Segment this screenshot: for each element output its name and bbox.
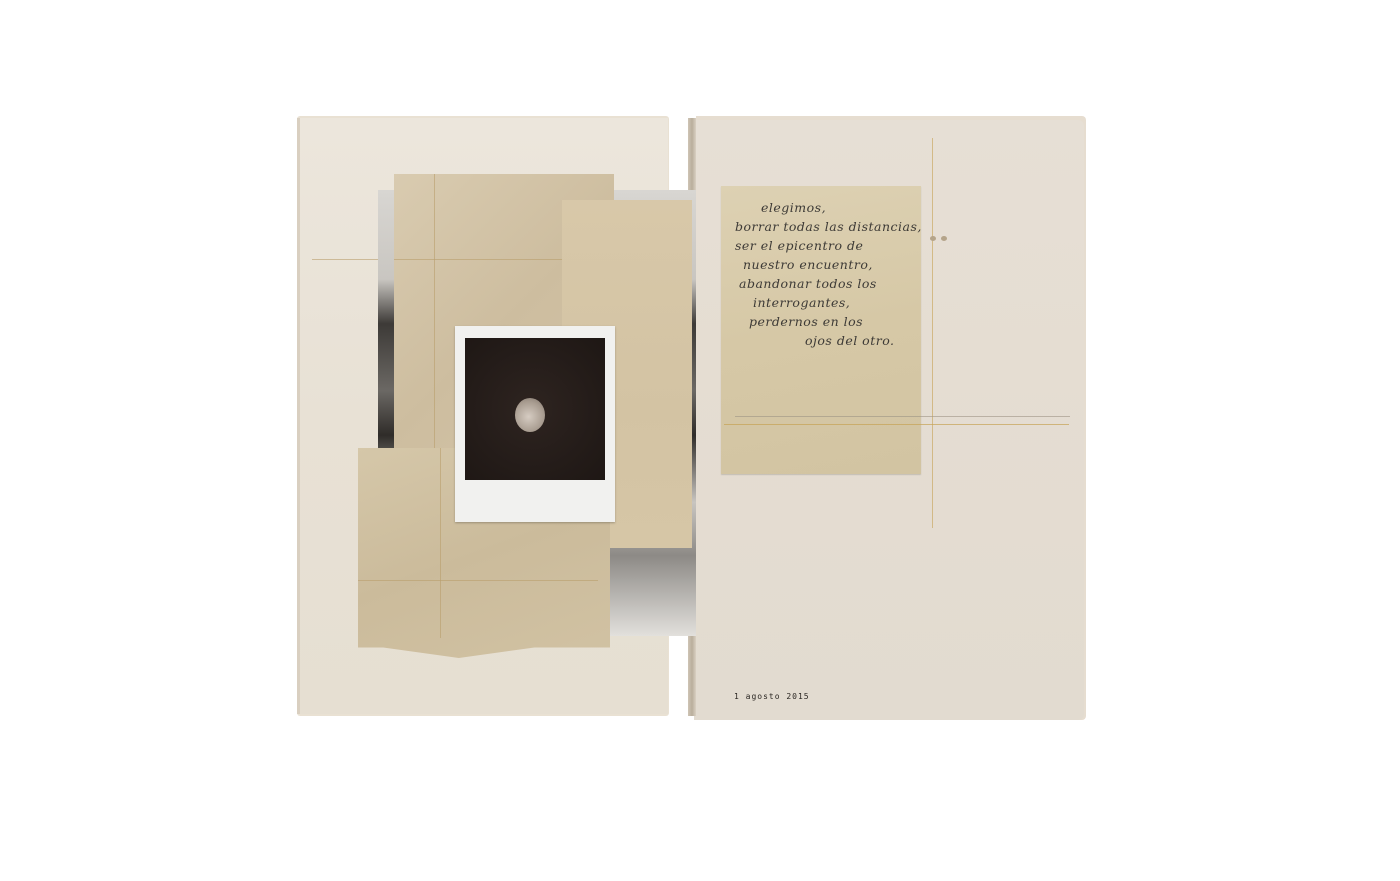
note-line: perdernos en los	[735, 312, 915, 331]
fold-line	[434, 174, 435, 474]
note-line: abandonar todos los	[735, 274, 915, 293]
paper-stain	[941, 236, 947, 241]
note-line: nuestro encuentro,	[735, 255, 915, 274]
date-inscription: 1 agosto 2015	[734, 692, 810, 701]
polaroid-photo	[455, 326, 615, 522]
pencil-line	[735, 416, 1070, 417]
note-line: borrar todas las distancias,	[735, 217, 915, 236]
note-line: ojos del otro.	[735, 331, 915, 350]
note-text: elegimos, borrar todas las distancias, s…	[735, 198, 915, 350]
gold-guide-line	[932, 138, 933, 528]
note-line: elegimos,	[735, 198, 915, 217]
note-line: interrogantes,	[735, 293, 915, 312]
paper-stain	[930, 236, 936, 241]
snail-shell	[515, 398, 545, 432]
fold-line	[440, 448, 441, 638]
handwritten-note: elegimos, borrar todas las distancias, s…	[721, 186, 921, 474]
polaroid-image	[465, 338, 605, 480]
fold-line	[358, 580, 598, 581]
gold-guide-line	[724, 424, 1069, 425]
note-line: ser el epicentro de	[735, 236, 915, 255]
